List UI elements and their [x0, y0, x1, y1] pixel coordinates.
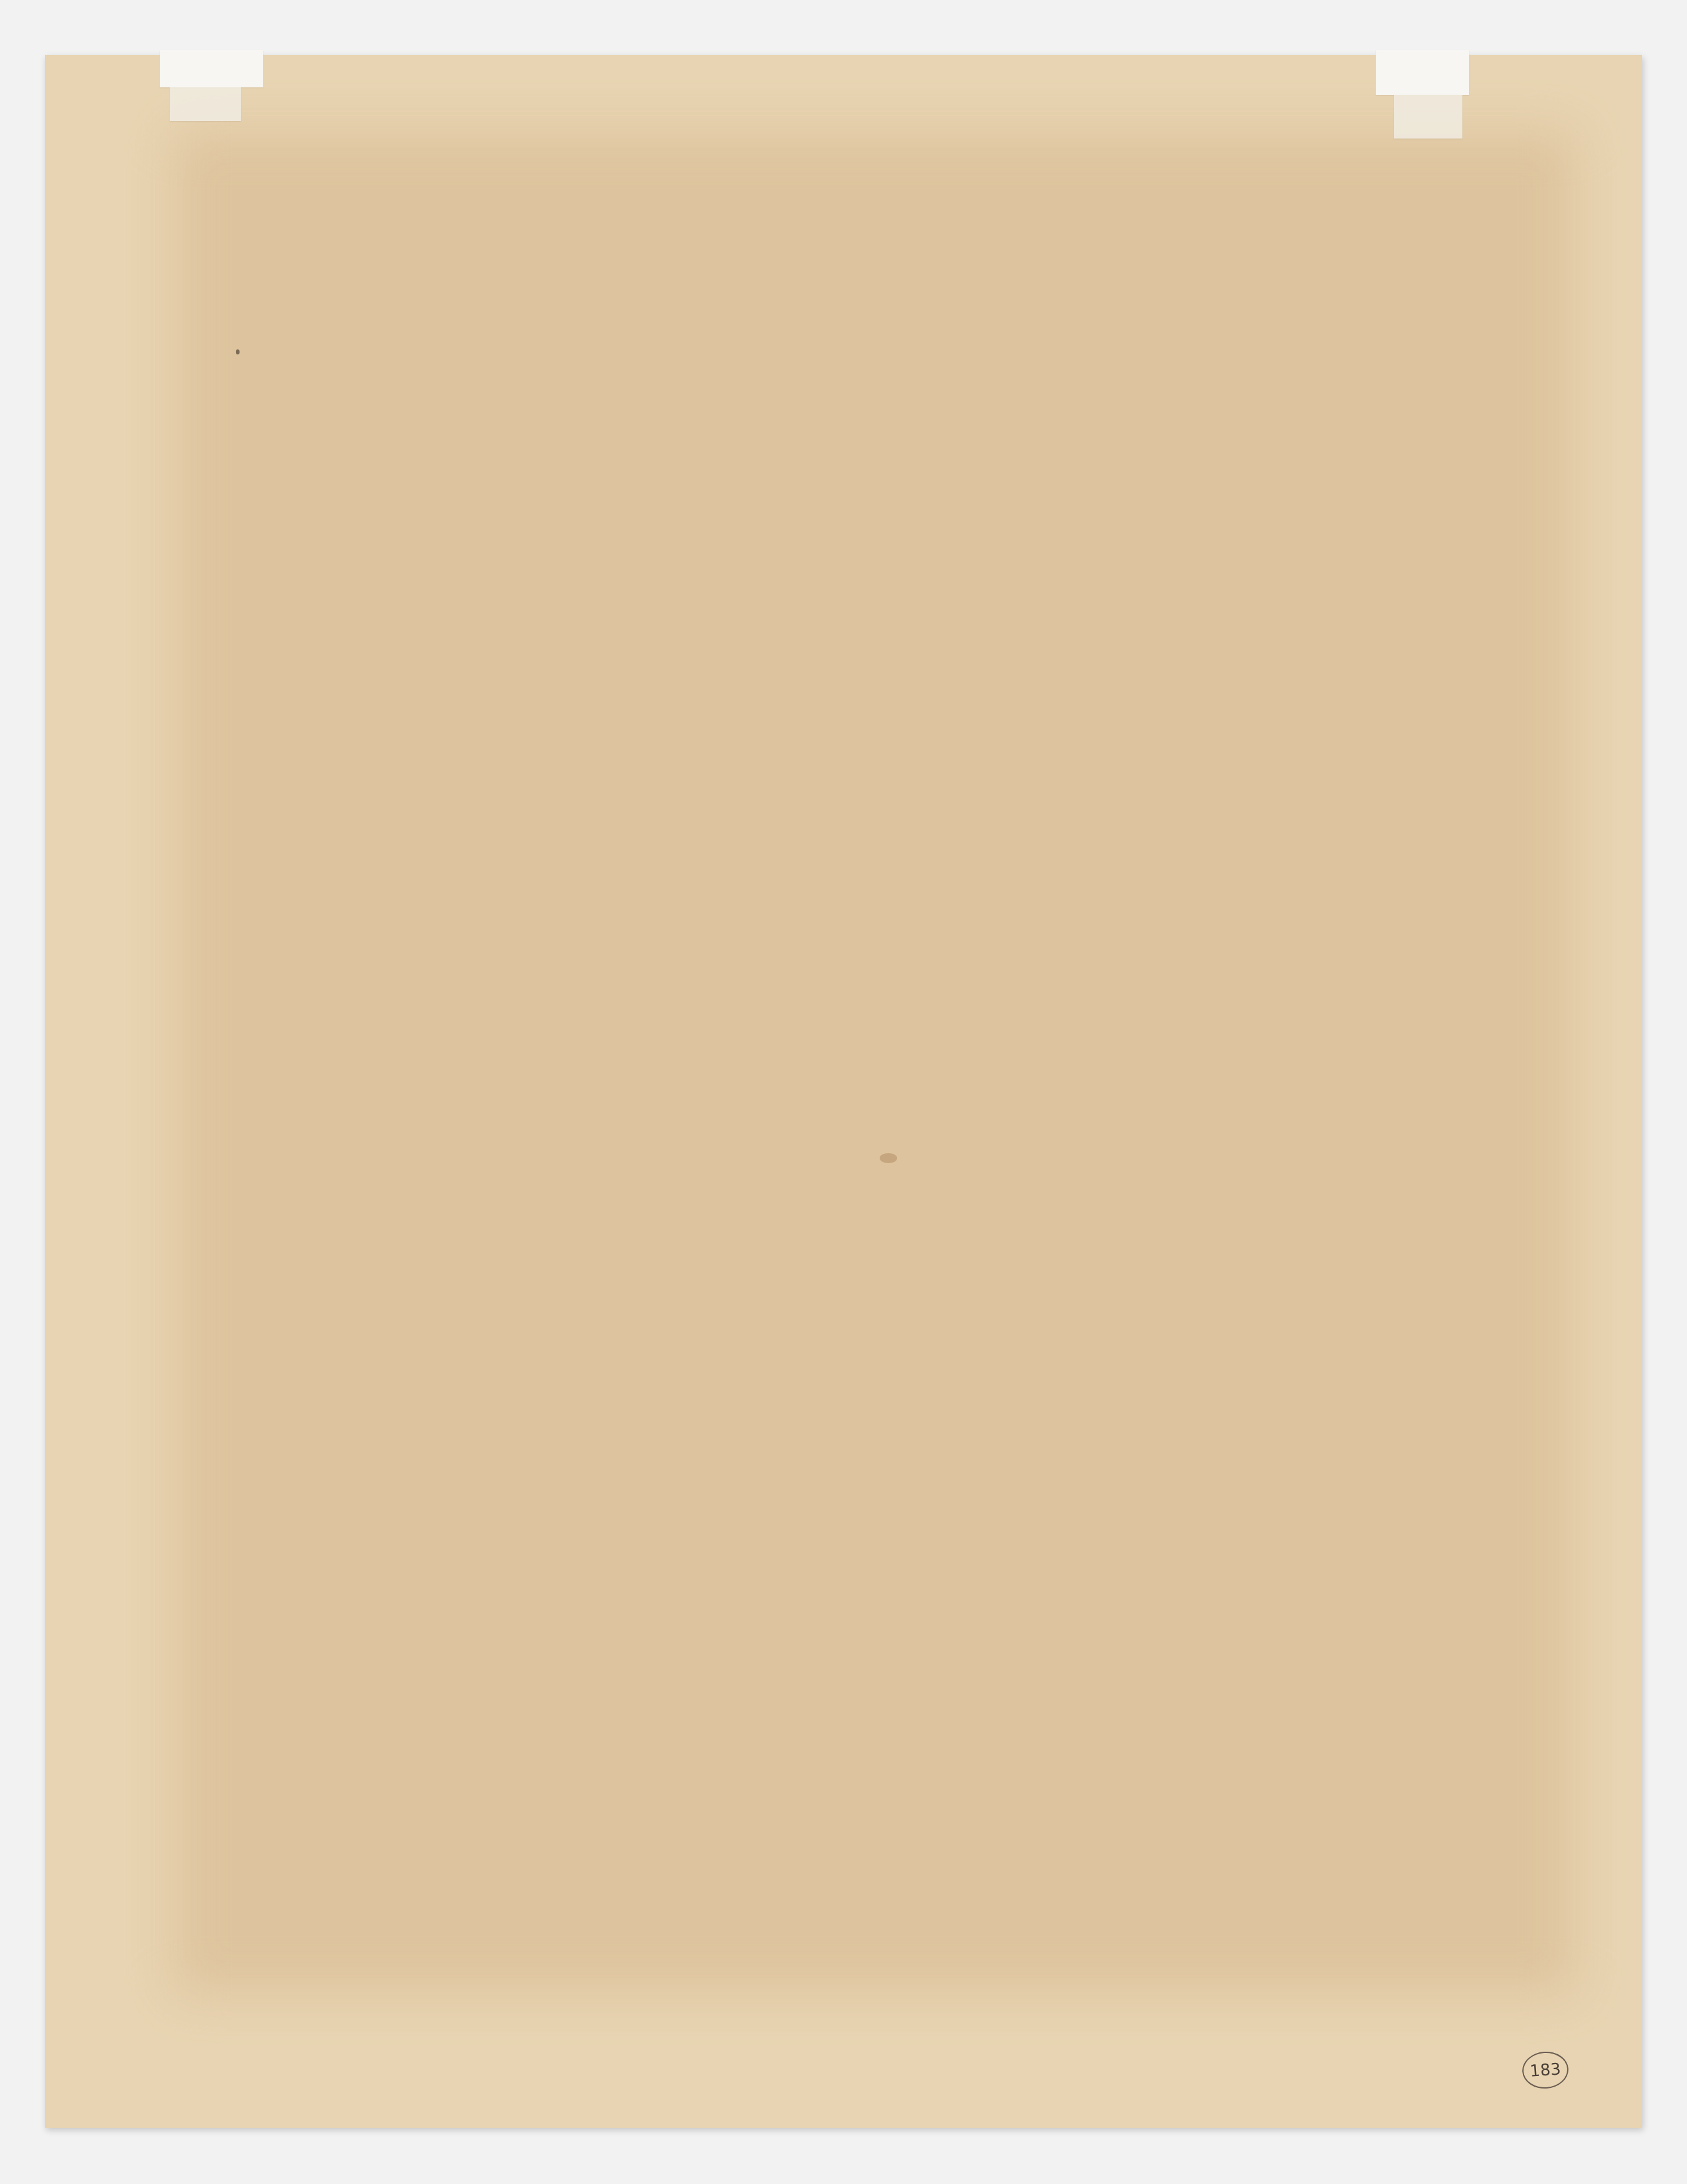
tape-left-bottom [170, 87, 241, 121]
tape-left-top [160, 50, 263, 87]
stain-spot [880, 1153, 897, 1163]
tape-right-top [1376, 50, 1469, 95]
mark-dot [236, 349, 240, 354]
paper-discoloration [173, 130, 1577, 1996]
tape-right-bottom [1394, 95, 1462, 139]
annotation-text: 183 [1529, 2060, 1562, 2080]
paper-sheet [45, 55, 1642, 2128]
